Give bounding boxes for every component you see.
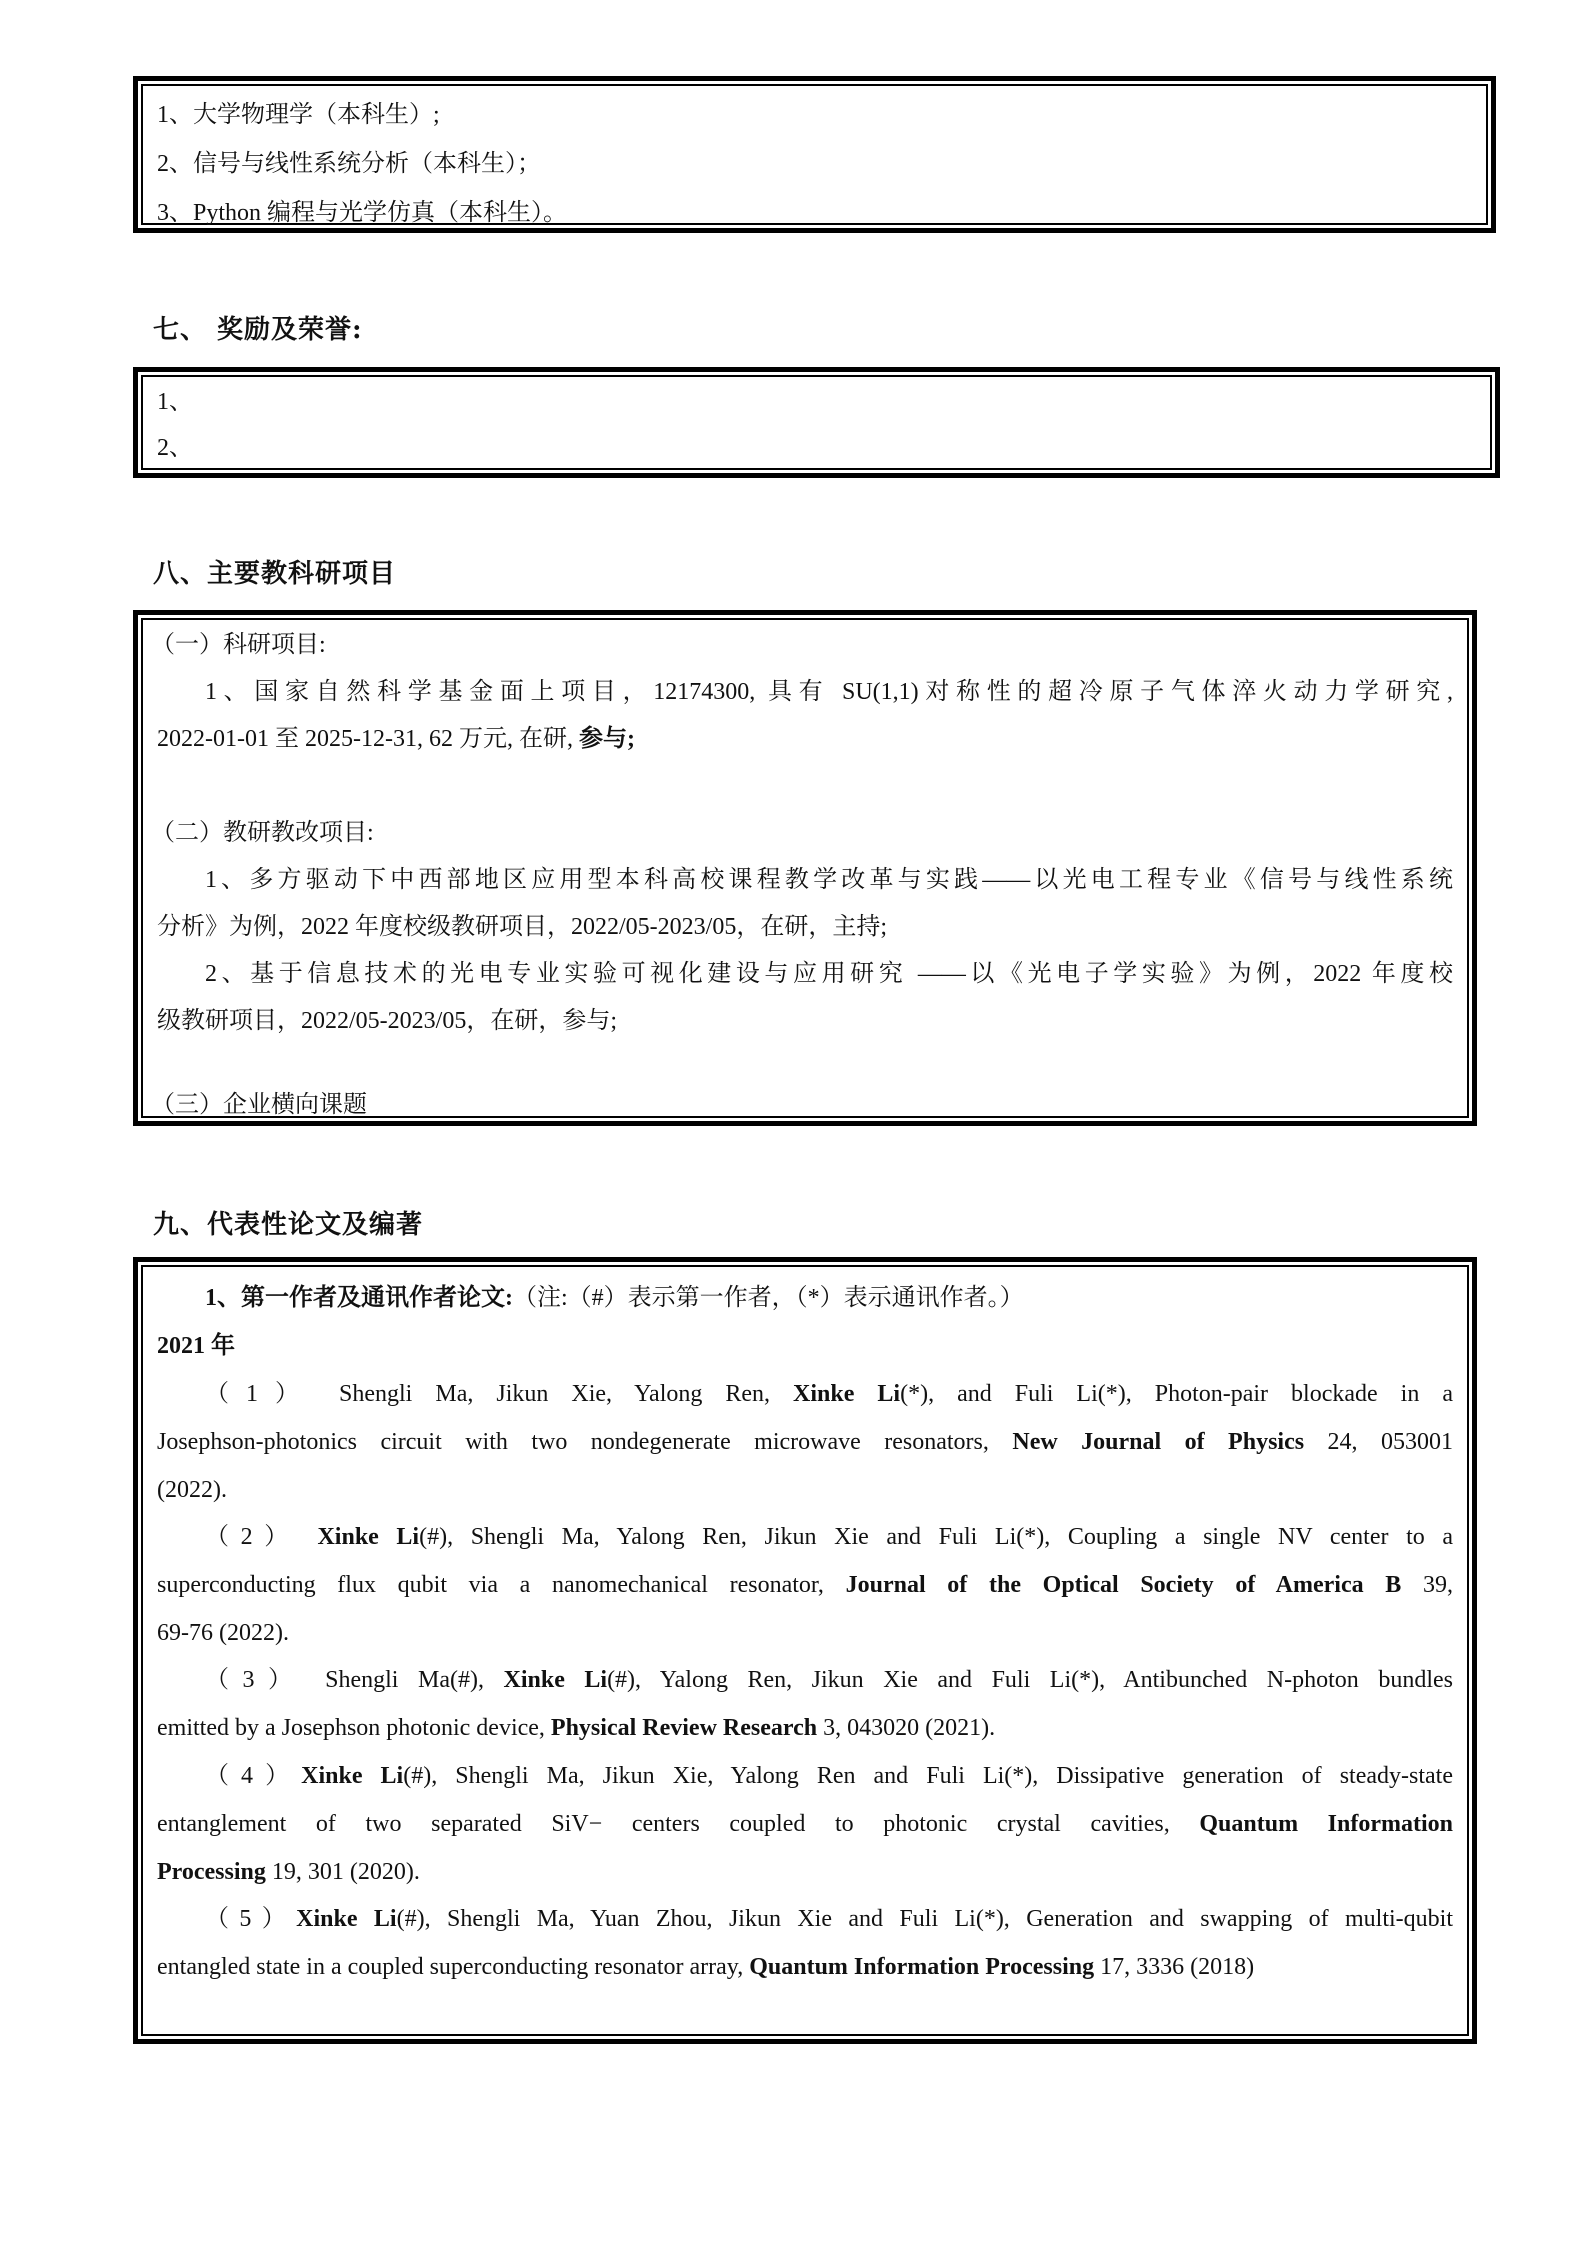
teaching-project-line: 级教研项目，2022/05-2023/05，在研，参与; (157, 1006, 1453, 1036)
course-item: 1、大学物理学（本科生）; (157, 100, 1472, 130)
award-item: 1、 (157, 387, 1476, 417)
section-heading-projects: 八、主要教科研项目 (153, 553, 396, 590)
paper-number: （5） (205, 1906, 296, 1932)
paper-entry-line: （5）Xinke Li(#), Shengli Ma, Yuan Zhou, J… (157, 1904, 1453, 1934)
section-heading-papers: 九、代表性论文及编著 (153, 1204, 423, 1241)
paper-entry-line: superconducting flux qubit via a nanomec… (157, 1570, 1453, 1600)
paper-title: Josephson-photonics circuit with two non… (157, 1429, 1012, 1455)
research-project-line: 1、国家自然科学基金面上项目，12174300, 具有 SU(1,1)对称性的超… (157, 677, 1453, 707)
paper-highlight-author: Xinke Li (301, 1763, 403, 1789)
paper-authors-title: (#), Yalong Ren, Jikun Xie and Fuli Li(*… (607, 1667, 1453, 1693)
year-label: 2021 年 (157, 1331, 1453, 1361)
paper-entry-line: （2） Xinke Li(#), Shengli Ma, Yalong Ren,… (157, 1522, 1453, 1552)
paper-entry-line: （1） Shengli Ma, Jikun Xie, Yalong Ren, X… (157, 1379, 1453, 1409)
paper-entry-line: 69-76 (2022). (157, 1618, 1453, 1648)
paper-title: emitted by a Josephson photonic device, (157, 1715, 551, 1741)
teaching-project-line: 1、多方驱动下中西部地区应用型本科高校课程教学改革与实践——以光电工程专业《信号… (157, 865, 1453, 895)
research-project-line: 2022-01-01 至 2025-12-31, 62 万元, 在研, 参与; (157, 724, 1453, 754)
paper-authors-title: (*), and Fuli Li(*), Photon-pair blockad… (900, 1381, 1453, 1407)
paper-journal: Quantum Information Processing (749, 1954, 1094, 1980)
paper-number: （4） (205, 1763, 301, 1789)
course-item: 2、信号与线性系统分析（本科生）； (157, 149, 1472, 179)
research-project-text: 2022-01-01 至 2025-12-31, 62 万元, 在研, (157, 726, 579, 752)
paper-entry-line: Processing 19, 301 (2020). (157, 1857, 1453, 1887)
paper-entry-line: entangled state in a coupled superconduc… (157, 1952, 1453, 1982)
paper-title: entangled state in a coupled superconduc… (157, 1954, 749, 1980)
teaching-projects-label: （二）教研教改项目: (151, 818, 1453, 848)
paper-number: （3） (205, 1667, 306, 1693)
awards-box: 1、 2、 (133, 367, 1500, 478)
paper-volume: 24, 053001 (1304, 1429, 1453, 1455)
paper-volume: 3, 043020 (2021). (817, 1715, 995, 1741)
enterprise-projects-label: （三）企业横向课题 (151, 1090, 1453, 1120)
paper-authors: Shengli Ma(#), (306, 1667, 504, 1693)
section-heading-awards: 七、 奖励及荣誉: (153, 309, 363, 346)
paper-journal: Quantum Information (1199, 1811, 1453, 1837)
paper-authors: Shengli Ma, Jikun Xie, Yalong Ren, (316, 1381, 793, 1407)
papers-intro: 1、第一作者及通讯作者论文:（注:（#）表示第一作者，（*）表示通讯作者。） (157, 1283, 1453, 1313)
course-item: 3、Python 编程与光学仿真（本科生）。 (157, 198, 1472, 228)
paper-journal: New Journal of Physics (1012, 1429, 1304, 1455)
paper-highlight-author: Xinke Li (793, 1381, 900, 1407)
paper-entry-line: Josephson-photonics circuit with two non… (157, 1427, 1453, 1457)
teaching-project-line: 分析》为例，2022 年度校级教研项目，2022/05-2023/05，在研，主… (157, 912, 1453, 942)
paper-entry-line: （4）Xinke Li(#), Shengli Ma, Jikun Xie, Y… (157, 1761, 1453, 1791)
paper-title: superconducting flux qubit via a nanomec… (157, 1572, 846, 1598)
paper-volume: 39, (1401, 1572, 1453, 1598)
paper-highlight-author: Xinke Li (504, 1667, 608, 1693)
paper-number: （1） (205, 1381, 316, 1407)
paper-volume: 19, 301 (2020). (266, 1859, 420, 1885)
paper-entry-line: emitted by a Josephson photonic device, … (157, 1713, 1453, 1743)
paper-journal: Processing (157, 1859, 266, 1885)
paper-entry-line: (2022). (157, 1475, 1453, 1505)
paper-highlight-author: Xinke Li (296, 1906, 396, 1932)
paper-authors-title: (#), Shengli Ma, Jikun Xie, Yalong Ren a… (403, 1763, 1453, 1789)
paper-entry-line: （3） Shengli Ma(#), Xinke Li(#), Yalong R… (157, 1665, 1453, 1695)
award-item: 2、 (157, 433, 1476, 463)
paper-title: entanglement of two separated SiV− cente… (157, 1811, 1199, 1837)
paper-volume: 17, 3336 (2018) (1094, 1954, 1254, 1980)
papers-intro-title: 1、第一作者及通讯作者论文: (205, 1285, 513, 1311)
teaching-courses-box: 1、大学物理学（本科生）; 2、信号与线性系统分析（本科生）； 3、Python… (133, 76, 1496, 233)
research-projects-label: （一）科研项目: (151, 630, 1453, 660)
paper-journal: Journal of the Optical Society of Americ… (846, 1572, 1402, 1598)
papers-box: 1、第一作者及通讯作者论文:（注:（#）表示第一作者，（*）表示通讯作者。） 2… (133, 1257, 1477, 2044)
research-project-role: 参与; (579, 726, 635, 752)
papers-intro-note: （注:（#）表示第一作者，（*）表示通讯作者。） (513, 1285, 1024, 1311)
paper-journal: Physical Review Research (551, 1715, 817, 1741)
paper-number: （2） (205, 1524, 300, 1550)
projects-box: （一）科研项目: 1、国家自然科学基金面上项目，12174300, 具有 SU(… (133, 610, 1477, 1126)
paper-authors-title: (#), Shengli Ma, Yuan Zhou, Jikun Xie an… (397, 1906, 1453, 1932)
paper-authors (300, 1524, 318, 1550)
teaching-project-line: 2、基于信息技术的光电专业实验可视化建设与应用研究 ——以《光电子学实验》为例，… (157, 959, 1453, 989)
paper-entry-line: entanglement of two separated SiV− cente… (157, 1809, 1453, 1839)
paper-authors-title: (#), Shengli Ma, Yalong Ren, Jikun Xie a… (419, 1524, 1453, 1550)
paper-highlight-author: Xinke Li (317, 1524, 419, 1550)
